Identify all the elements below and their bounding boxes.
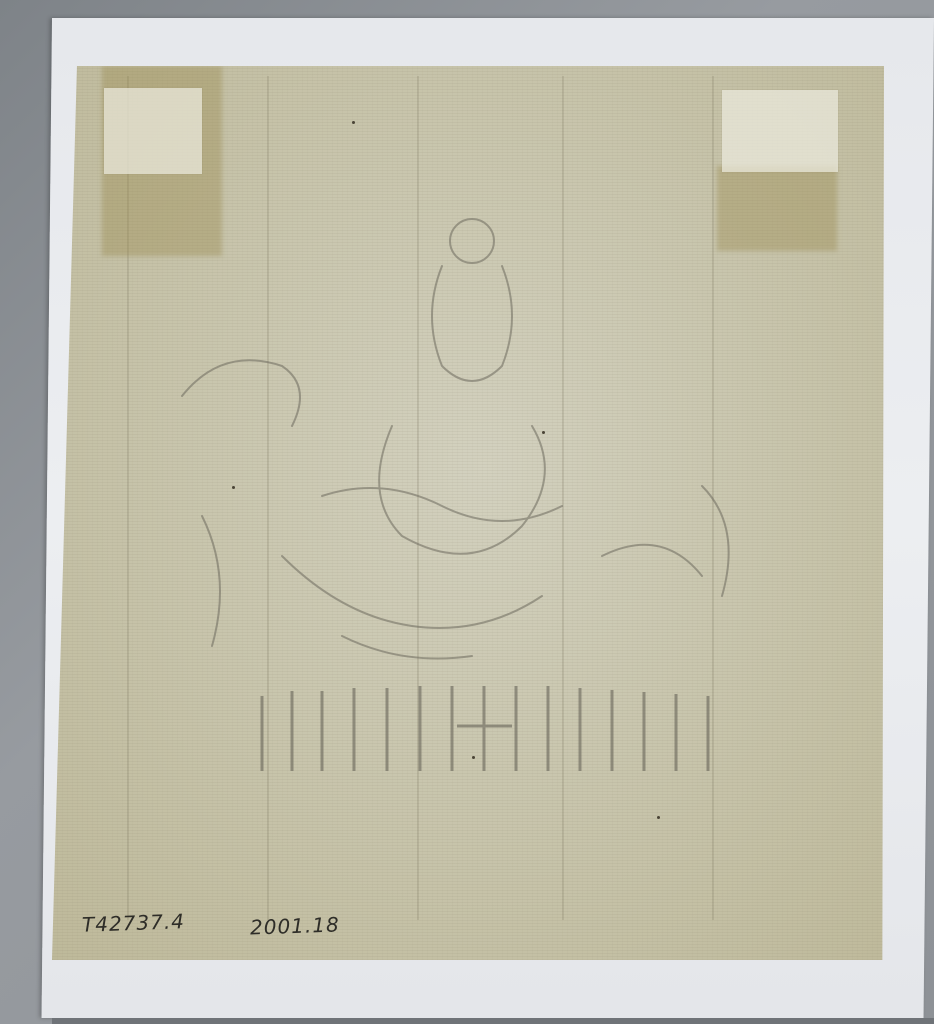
paper-fleck — [472, 756, 475, 759]
mat-board-edge — [52, 1018, 934, 1024]
paper-fleck — [232, 486, 235, 489]
accession-number-left: T42737.4 — [82, 909, 186, 937]
hinge-tissue-top-left — [104, 88, 202, 174]
hinge-tissue-top-right — [722, 90, 838, 172]
paper-fleck — [542, 431, 545, 434]
paper-fleck — [352, 121, 355, 124]
print-sheet-reverse: T42737.4 2001.18 — [52, 66, 884, 960]
accession-number-right: 2001.18 — [250, 912, 341, 939]
paper-fleck — [657, 816, 660, 819]
show-through-engraving — [142, 196, 782, 796]
